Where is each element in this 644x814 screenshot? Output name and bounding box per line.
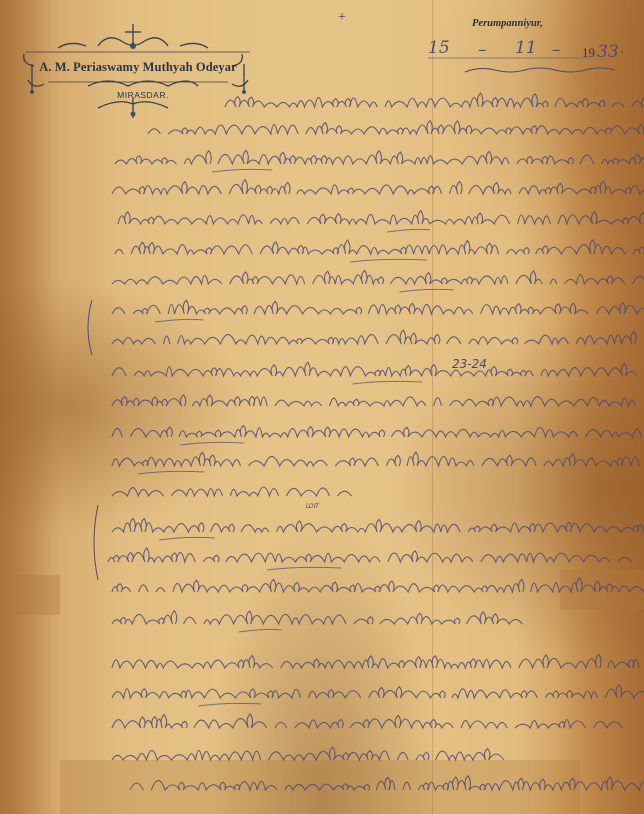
handwritten-line xyxy=(112,270,644,284)
handwritten-line xyxy=(115,240,644,254)
handwritten-line xyxy=(112,714,630,728)
handwritten-line xyxy=(112,487,360,496)
handwritten-line xyxy=(115,150,644,164)
handwritten-line xyxy=(112,747,504,760)
handwritten-line xyxy=(108,548,631,562)
handwritten-line xyxy=(112,518,644,532)
handwritten-line xyxy=(225,93,644,107)
handwritten-line xyxy=(112,685,644,698)
legible-fragment-numeral: 23-24 xyxy=(452,357,487,371)
handwritten-line xyxy=(148,120,644,134)
handwritten-body xyxy=(0,0,644,814)
handwritten-line xyxy=(112,611,522,624)
handwritten-line xyxy=(118,211,644,224)
handwritten-line xyxy=(112,452,639,466)
handwritten-line xyxy=(112,362,644,376)
handwritten-line xyxy=(112,300,644,314)
handwritten-line xyxy=(112,180,644,194)
handwritten-line xyxy=(112,395,644,406)
handwritten-line xyxy=(112,654,639,668)
margin-bracket xyxy=(88,300,92,355)
marginal-note: மா xyxy=(305,500,318,512)
margin-bracket xyxy=(94,505,98,580)
handwritten-line xyxy=(130,776,644,790)
handwritten-line xyxy=(112,330,636,344)
handwritten-line xyxy=(112,578,644,592)
handwritten-line xyxy=(112,426,641,437)
